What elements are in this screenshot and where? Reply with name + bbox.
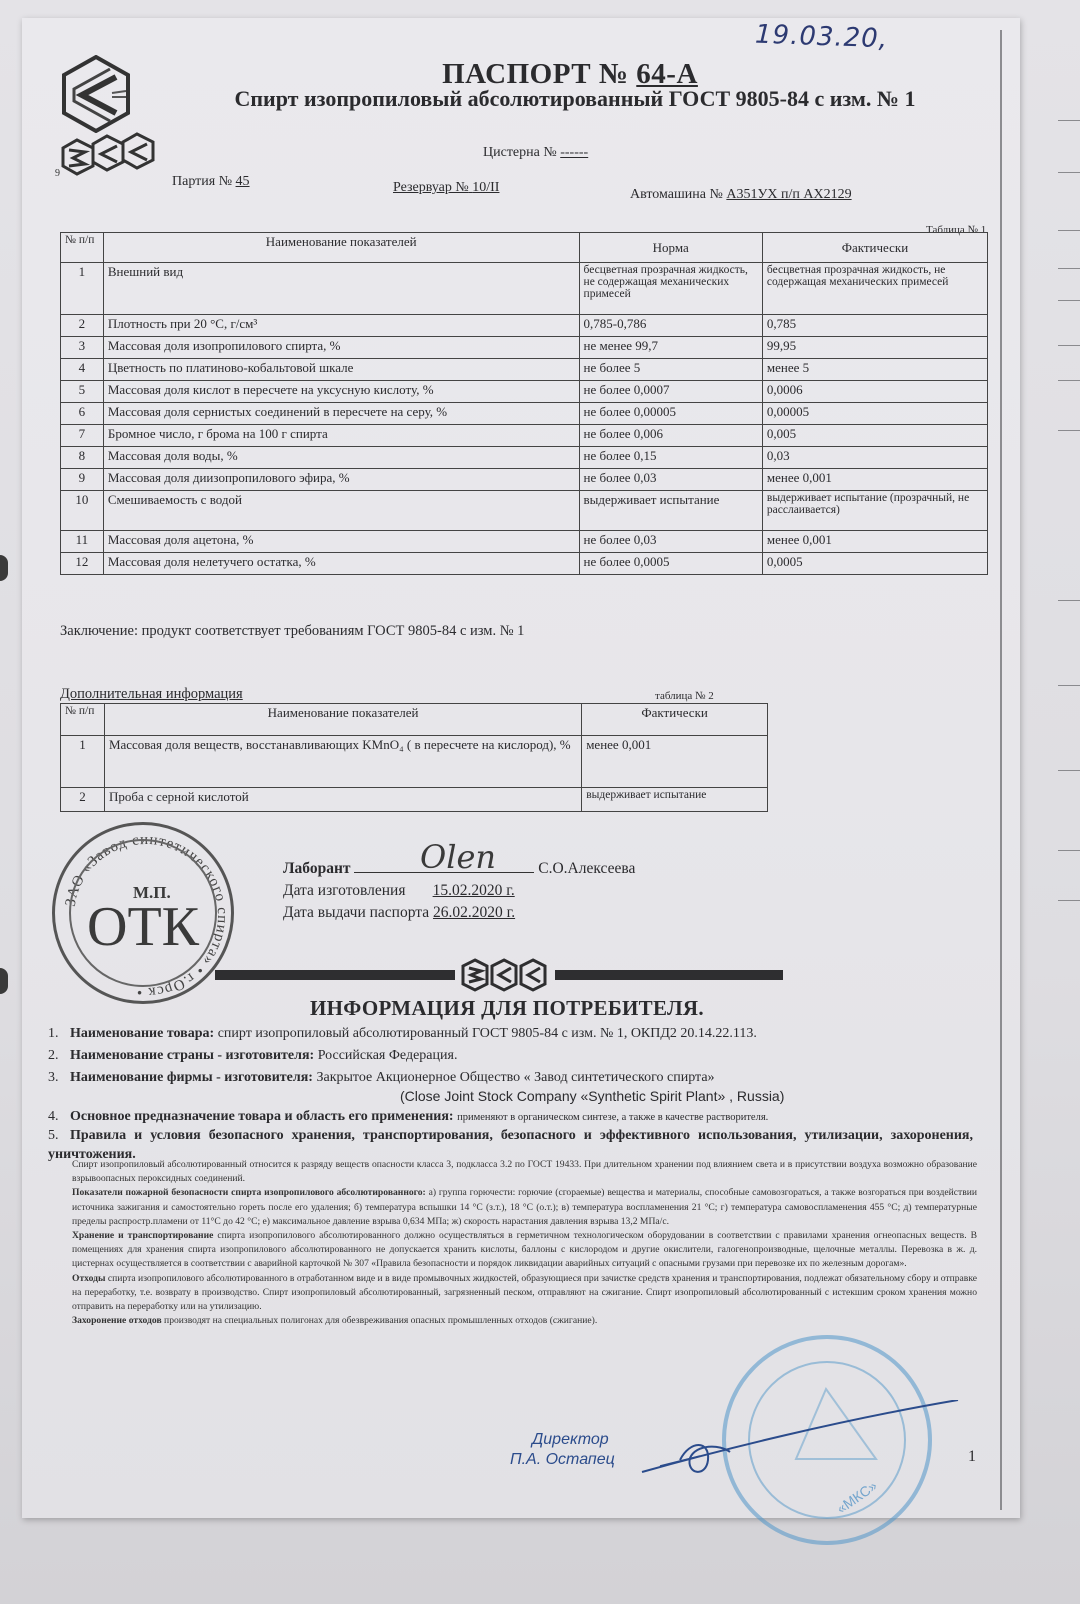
item-text-english: (Close Joint Stock Company «Synthetic Sp… — [48, 1087, 978, 1106]
edge-mark — [1058, 230, 1080, 231]
zss-logo-icon — [461, 958, 547, 997]
row-name: Проба с серной кислотой — [104, 788, 581, 812]
row-actual: 0,00005 — [762, 403, 987, 425]
row-norm: не более 0,03 — [579, 469, 762, 491]
binder-hole — [0, 968, 8, 994]
item-text: Закрытое Акционерное Общество « Завод си… — [316, 1070, 714, 1085]
row-norm: не более 0,0005 — [579, 553, 762, 575]
row-name: Массовая доля сернистых соединений в пер… — [103, 403, 579, 425]
row-norm: не более 0,00005 — [579, 403, 762, 425]
col-header-number: № п/п — [61, 233, 104, 263]
row-name: Цветность по платиново-кобальтовой шкале — [103, 359, 579, 381]
row-actual: менее 5 — [762, 359, 987, 381]
issued-date: 26.02.2020 г. — [433, 904, 515, 921]
reservoir-value: 10/II — [472, 180, 499, 195]
row-name: Массовая доля ацетона, % — [103, 531, 579, 553]
director-block: Директор П.А. Остапец — [510, 1430, 615, 1470]
product-subtitle: Спирт изопропиловый абсолютированный ГОС… — [150, 86, 1000, 112]
director-name: П.А. Остапец — [510, 1450, 615, 1470]
otk-stamp: ЗАО «Завод синтетического спирта» • г.Ор… — [52, 822, 234, 1004]
reservoir-field: Резервуар № 10/II — [393, 180, 499, 196]
info-item-2: 2.Наименование страны - изготовителя: Ро… — [48, 1046, 978, 1065]
reservoir-label: Резервуар № — [393, 180, 469, 195]
table-row: 1Внешний видбесцветная прозрачная жидкос… — [61, 263, 988, 315]
table-row: 8Массовая доля воды, %не более 0,150,03 — [61, 447, 988, 469]
info-item-1: 1.Наименование товара: спирт изопропилов… — [48, 1024, 978, 1043]
info-item-4: 4.Основное предназначение товара и облас… — [48, 1107, 978, 1127]
batch-value: 45 — [236, 174, 250, 189]
binder-hole — [0, 555, 8, 581]
row-name: Плотность при 20 °С, г/см³ — [103, 315, 579, 337]
signature-block: Лаборант С.О.Алексеева Дата изготовления… — [283, 858, 635, 924]
edge-mark — [1058, 300, 1080, 301]
conclusion-text: Заключение: продукт соответствует требов… — [60, 623, 524, 640]
row-number: 3 — [61, 337, 104, 359]
edge-mark — [1058, 850, 1080, 851]
table-row: 9Массовая доля диизопропилового эфира, %… — [61, 469, 988, 491]
signature-line — [354, 858, 534, 873]
tank-label: Цистерна № — [483, 145, 557, 160]
zss-logo-icon: 9 — [55, 132, 155, 185]
table-row: 2 Проба с серной кислотой выдерживает ис… — [61, 788, 768, 812]
made-date-label: Дата изготовления — [283, 882, 405, 899]
row-number: 1 — [61, 263, 104, 315]
fine-paragraph: Захоронение отходов производят на специа… — [72, 1314, 977, 1328]
table-row: 7Бромное число, г брома на 100 г спиртан… — [61, 425, 988, 447]
lab-label: Лаборант — [283, 860, 351, 877]
item-label: Основное предназначение товара и область… — [70, 1109, 454, 1124]
row-number: 7 — [61, 425, 104, 447]
row-name: Массовая доля нелетучего остатка, % — [103, 553, 579, 575]
row-actual: 0,005 — [762, 425, 987, 447]
item-text: Российская Федерация. — [318, 1048, 458, 1063]
row-number: 12 — [61, 553, 104, 575]
row-name: Массовая доля веществ, восстанавливающих… — [104, 736, 581, 788]
row-name: Смешиваемость с водой — [103, 491, 579, 531]
col-header-actual: Фактически — [762, 233, 987, 263]
row-number: 10 — [61, 491, 104, 531]
item-label: Наименование фирмы - изготовителя: — [70, 1070, 313, 1085]
edge-mark — [1058, 685, 1080, 686]
row-norm: не менее 99,7 — [579, 337, 762, 359]
page-number: 1 — [968, 1448, 976, 1466]
fine-paragraph: Отходы спирта изопропилового абсолютиров… — [72, 1272, 977, 1315]
divider-bar — [215, 970, 455, 980]
row-actual: 0,03 — [762, 447, 987, 469]
additional-info-table: № п/п Наименование показателей Фактическ… — [60, 703, 768, 812]
row-norm: не более 0,03 — [579, 531, 762, 553]
safety-fine-print: Спирт изопропиловый абсолютированный отн… — [72, 1158, 977, 1328]
item-label: Наименование товара: — [70, 1026, 214, 1041]
svg-text:9: 9 — [55, 168, 60, 179]
item-text: применяют в органическом синтезе, а такж… — [457, 1112, 768, 1123]
edge-mark — [1058, 380, 1080, 381]
quality-indicators-table: № п/п Наименование показателей Норма Фак… — [60, 232, 988, 575]
director-title: Директор — [510, 1430, 615, 1450]
fine-paragraph: Спирт изопропиловый абсолютированный отн… — [72, 1158, 977, 1186]
divider-bar — [555, 970, 783, 980]
table-row: 11Массовая доля ацетона, %не более 0,03м… — [61, 531, 988, 553]
col-header-norm: Норма — [579, 233, 762, 263]
item-number: 1. — [48, 1024, 70, 1043]
item-number: 5. — [48, 1126, 70, 1145]
row-norm: не более 0,0007 — [579, 381, 762, 403]
row-actual: выдерживает испытание (прозрачный, не ра… — [762, 491, 987, 531]
row-number: 2 — [61, 788, 105, 812]
table-header-row: № п/п Наименование показателей Норма Фак… — [61, 233, 988, 263]
handwritten-date: 19.03.20, — [755, 20, 889, 55]
row-name: Массовая доля изопропилового спирта, % — [103, 337, 579, 359]
row-actual: 0,785 — [762, 315, 987, 337]
row-norm: не более 0,15 — [579, 447, 762, 469]
row-actual: бесцветная прозрачная жидкость, не содер… — [762, 263, 987, 315]
table-row: 4Цветность по платиново-кобальтовой шкал… — [61, 359, 988, 381]
row-number: 5 — [61, 381, 104, 403]
table-row: 12Массовая доля нелетучего остатка, %не … — [61, 553, 988, 575]
row-name: Массовая доля кислот в пересчете на уксу… — [103, 381, 579, 403]
item-number: 2. — [48, 1046, 70, 1065]
batch-label: Партия № — [172, 174, 232, 189]
truck-value: А351УХ п/п АХ2129 — [726, 187, 851, 202]
table-row: 6Массовая доля сернистых соединений в пе… — [61, 403, 988, 425]
row-actual: 0,0006 — [762, 381, 987, 403]
table-row: 1 Массовая доля веществ, восстанавливающ… — [61, 736, 768, 788]
table-header-row: № п/п Наименование показателей Фактическ… — [61, 704, 768, 736]
edge-mark — [1058, 120, 1080, 121]
table-row: 2Плотность при 20 °С, г/см³0,785-0,7860,… — [61, 315, 988, 337]
row-number: 11 — [61, 531, 104, 553]
col-header-name: Наименование показателей — [103, 233, 579, 263]
row-norm: выдерживает испытание — [579, 491, 762, 531]
edge-mark — [1058, 900, 1080, 901]
row-name: Массовая доля диизопропилового эфира, % — [103, 469, 579, 491]
row-actual: 0,0005 — [762, 553, 987, 575]
row-name: Внешний вид — [103, 263, 579, 315]
row-number: 8 — [61, 447, 104, 469]
row-actual: 99,95 — [762, 337, 987, 359]
col-header-number: № п/п — [61, 704, 105, 736]
row-number: 2 — [61, 315, 104, 337]
row-norm: не более 0,006 — [579, 425, 762, 447]
row-number: 9 — [61, 469, 104, 491]
director-signature — [640, 1400, 960, 1485]
made-date: 15.02.2020 г. — [433, 882, 515, 899]
item-number: 4. — [48, 1107, 70, 1126]
edge-mark — [1058, 345, 1080, 346]
col-header-actual: Фактически — [582, 704, 768, 736]
edge-mark — [1058, 268, 1080, 269]
row-number: 1 — [61, 736, 105, 788]
fine-paragraph: Хранение и транспортирование спирта изоп… — [72, 1229, 977, 1272]
company-logo-icon — [60, 55, 132, 138]
row-name: Бромное число, г брома на 100 г спирта — [103, 425, 579, 447]
row-number: 6 — [61, 403, 104, 425]
stamp-otk-text: ОТК — [87, 895, 199, 959]
consumer-info-title: ИНФОРМАЦИЯ ДЛЯ ПОТРЕБИТЕЛЯ. — [310, 996, 704, 1021]
item-text: спирт изопропиловый абсолютированный ГОС… — [218, 1026, 757, 1041]
row-actual: менее 0,001 — [762, 469, 987, 491]
row-number: 4 — [61, 359, 104, 381]
edge-mark — [1058, 600, 1080, 601]
issued-date-label: Дата выдачи паспорта — [283, 904, 429, 921]
tank-field: Цистерна № ------ — [483, 145, 588, 161]
fine-paragraph: Показатели пожарной безопасности спирта … — [72, 1186, 977, 1229]
table2-caption: таблица № 2 — [655, 690, 714, 702]
item-number: 3. — [48, 1068, 70, 1087]
tank-value: ------ — [560, 145, 588, 160]
item-label: Наименование страны - изготовителя: — [70, 1048, 314, 1063]
additional-info-title: Дополнительная информация — [60, 686, 243, 703]
table-row: 10Смешиваемость с водойвыдерживает испыт… — [61, 491, 988, 531]
row-name: Массовая доля воды, % — [103, 447, 579, 469]
truck-label: Автомашина № — [630, 187, 723, 202]
table-row: 3Массовая доля изопропилового спирта, %н… — [61, 337, 988, 359]
info-item-3: 3.Наименование фирмы - изготовителя: Зак… — [48, 1068, 978, 1106]
edge-mark — [1058, 430, 1080, 431]
row-norm: 0,785-0,786 — [579, 315, 762, 337]
page-edge-line — [1000, 30, 1002, 1510]
truck-field: Автомашина № А351УХ п/п АХ2129 — [630, 187, 852, 203]
row-actual: менее 0,001 — [582, 736, 768, 788]
edge-mark — [1058, 770, 1080, 771]
col-header-name: Наименование показателей — [104, 704, 581, 736]
edge-mark — [1058, 172, 1080, 173]
batch-field: Партия № 45 — [172, 174, 250, 190]
item-label: Правила и условия безопасного хранения, … — [48, 1128, 973, 1162]
row-norm: бесцветная прозрачная жидкость, не содер… — [579, 263, 762, 315]
table-row: 5Массовая доля кислот в пересчете на укс… — [61, 381, 988, 403]
row-norm: не более 5 — [579, 359, 762, 381]
row-actual: выдерживает испытание — [582, 788, 768, 812]
lab-name: С.О.Алексеева — [538, 860, 635, 877]
row-actual: менее 0,001 — [762, 531, 987, 553]
